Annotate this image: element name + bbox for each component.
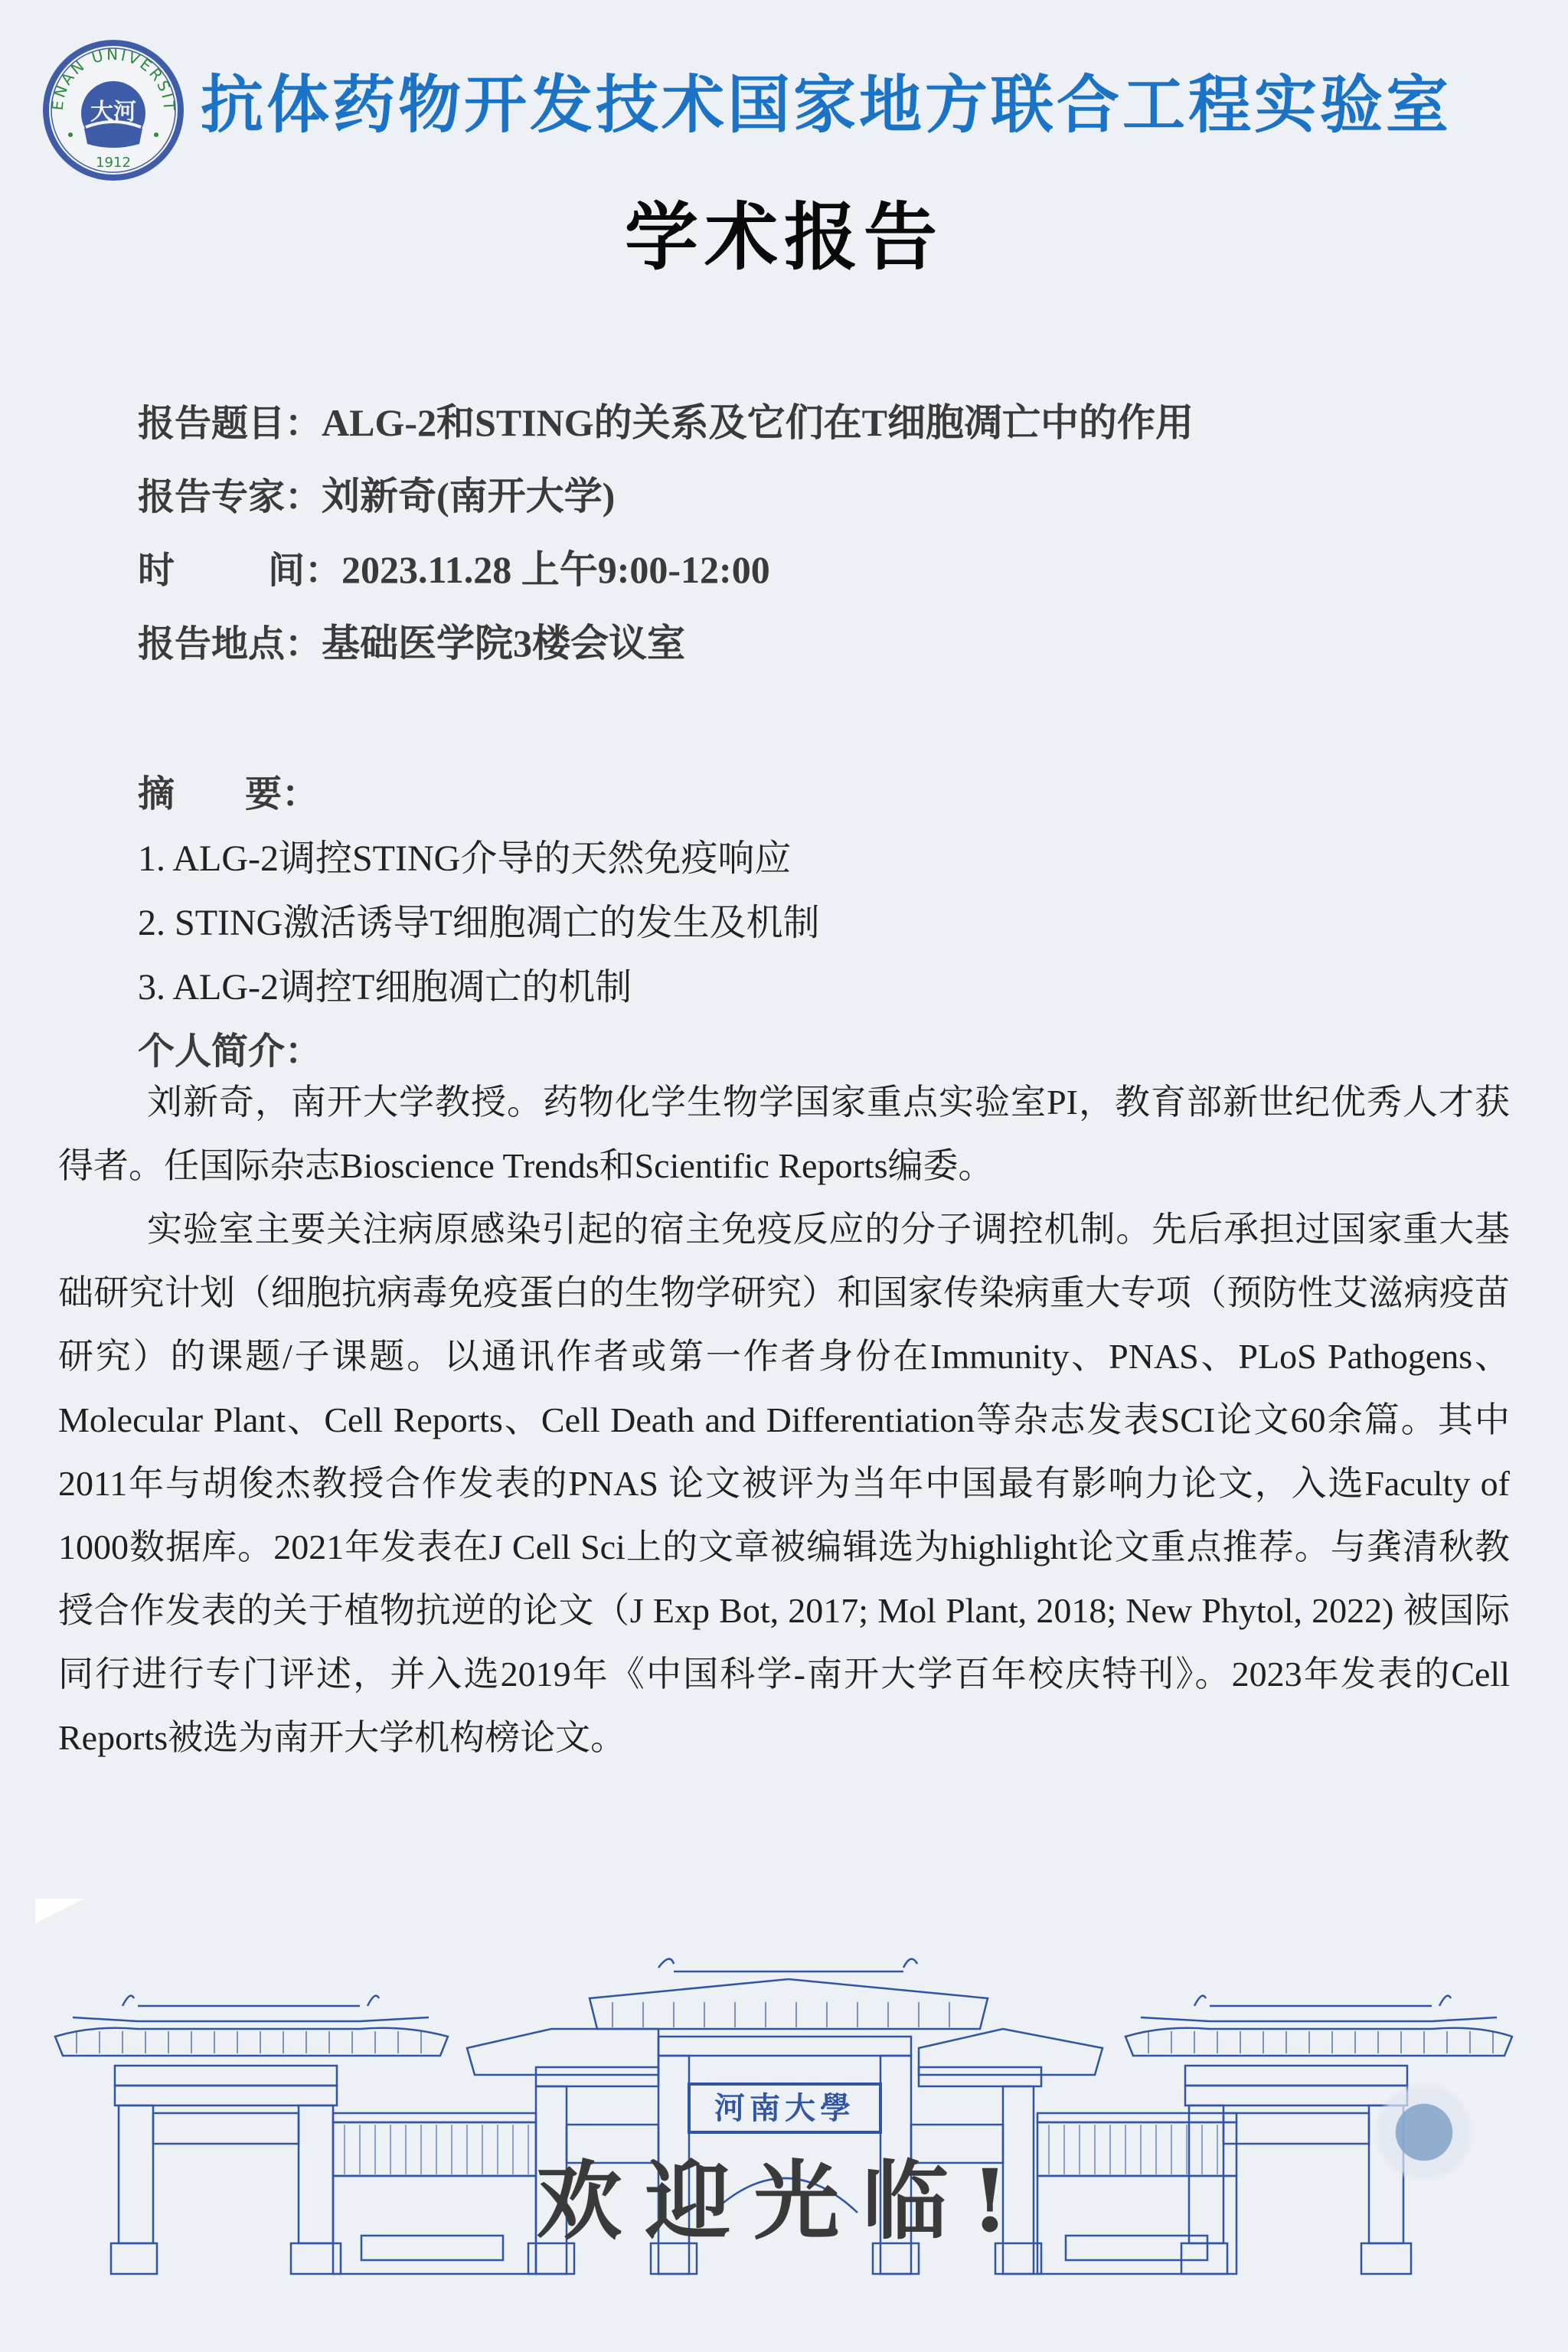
welcome-text: 欢迎光临! — [0, 2159, 1568, 2245]
university-seal-icon: HENAN UNIVERSITY 1912 大河 — [40, 37, 187, 184]
abstract-heading-left: 摘 — [138, 764, 175, 817]
meta-value: 基础医学院3楼会议室 — [322, 612, 685, 668]
meta-label: 报告专家： — [138, 467, 322, 520]
org-title: 抗体药物开发技术国家地方联合工程实验室 — [201, 73, 1452, 136]
meta-speaker: 报告专家： 刘新奇(南开大学) — [138, 456, 1194, 530]
bio-paragraph: 刘新奇，南开大学教授。药物化学生物学国家重点实验室PI，教育部新世纪优秀人才获得… — [58, 1070, 1510, 1197]
abstract-section: 摘 要： 1. ALG-2调控STING介导的天然免疫响应 2. STING激活… — [138, 758, 820, 1080]
meta-time: 时 间： 2023.11.28 上午9:00-12:00 — [138, 530, 1194, 603]
logo-glyph: 大河 — [90, 99, 136, 126]
abstract-heading: 摘 要： — [138, 758, 318, 822]
university-gate-illustration: 河南大學 — [0, 1891, 1568, 2320]
meta-label: 报告题目： — [138, 394, 322, 446]
henan-university-logo: HENAN UNIVERSITY 1912 大河 — [40, 37, 187, 184]
bio-paragraph: 实验室主要关注病原感染引起的宿主免疫反应的分子调控机制。先后承担过国家重大基础研… — [58, 1197, 1510, 1769]
meta-value: 刘新奇(南开大学) — [322, 465, 615, 521]
meta-label: 时 间： — [138, 541, 341, 593]
abstract-item: 3. ALG-2调控T细胞凋亡的机制 — [138, 951, 820, 1015]
bio-section: 刘新奇，南开大学教授。药物化学生物学国家重点实验室PI，教育部新世纪优秀人才获得… — [58, 1070, 1510, 1769]
meta-topic: 报告题目： ALG-2和STING的关系及它们在T细胞凋亡中的作用 — [138, 383, 1194, 456]
meta-label-right: 间： — [268, 541, 341, 593]
floating-action-button[interactable] — [1374, 2082, 1474, 2182]
meta-label-left: 时 — [138, 541, 175, 593]
meta-location: 报告地点： 基础医学院3楼会议室 — [138, 603, 1194, 677]
report-meta: 报告题目： ALG-2和STING的关系及它们在T细胞凋亡中的作用 报告专家： … — [138, 383, 1194, 677]
meta-value: ALG-2和STING的关系及它们在T细胞凋亡中的作用 — [322, 392, 1194, 447]
abstract-item: 1. ALG-2调控STING介导的天然免疫响应 — [138, 822, 820, 887]
document-title: 学术报告 — [0, 201, 1568, 274]
meta-value: 2023.11.28 上午9:00-12:00 — [341, 539, 770, 594]
logo-year: 1912 — [96, 155, 131, 171]
meta-label: 报告地点： — [138, 614, 322, 667]
abstract-heading-right: 要： — [245, 764, 318, 817]
gate-plaque-text: 河南大學 — [714, 2090, 855, 2126]
abstract-item: 2. STING激活诱导T细胞凋亡的发生及机制 — [138, 887, 820, 951]
